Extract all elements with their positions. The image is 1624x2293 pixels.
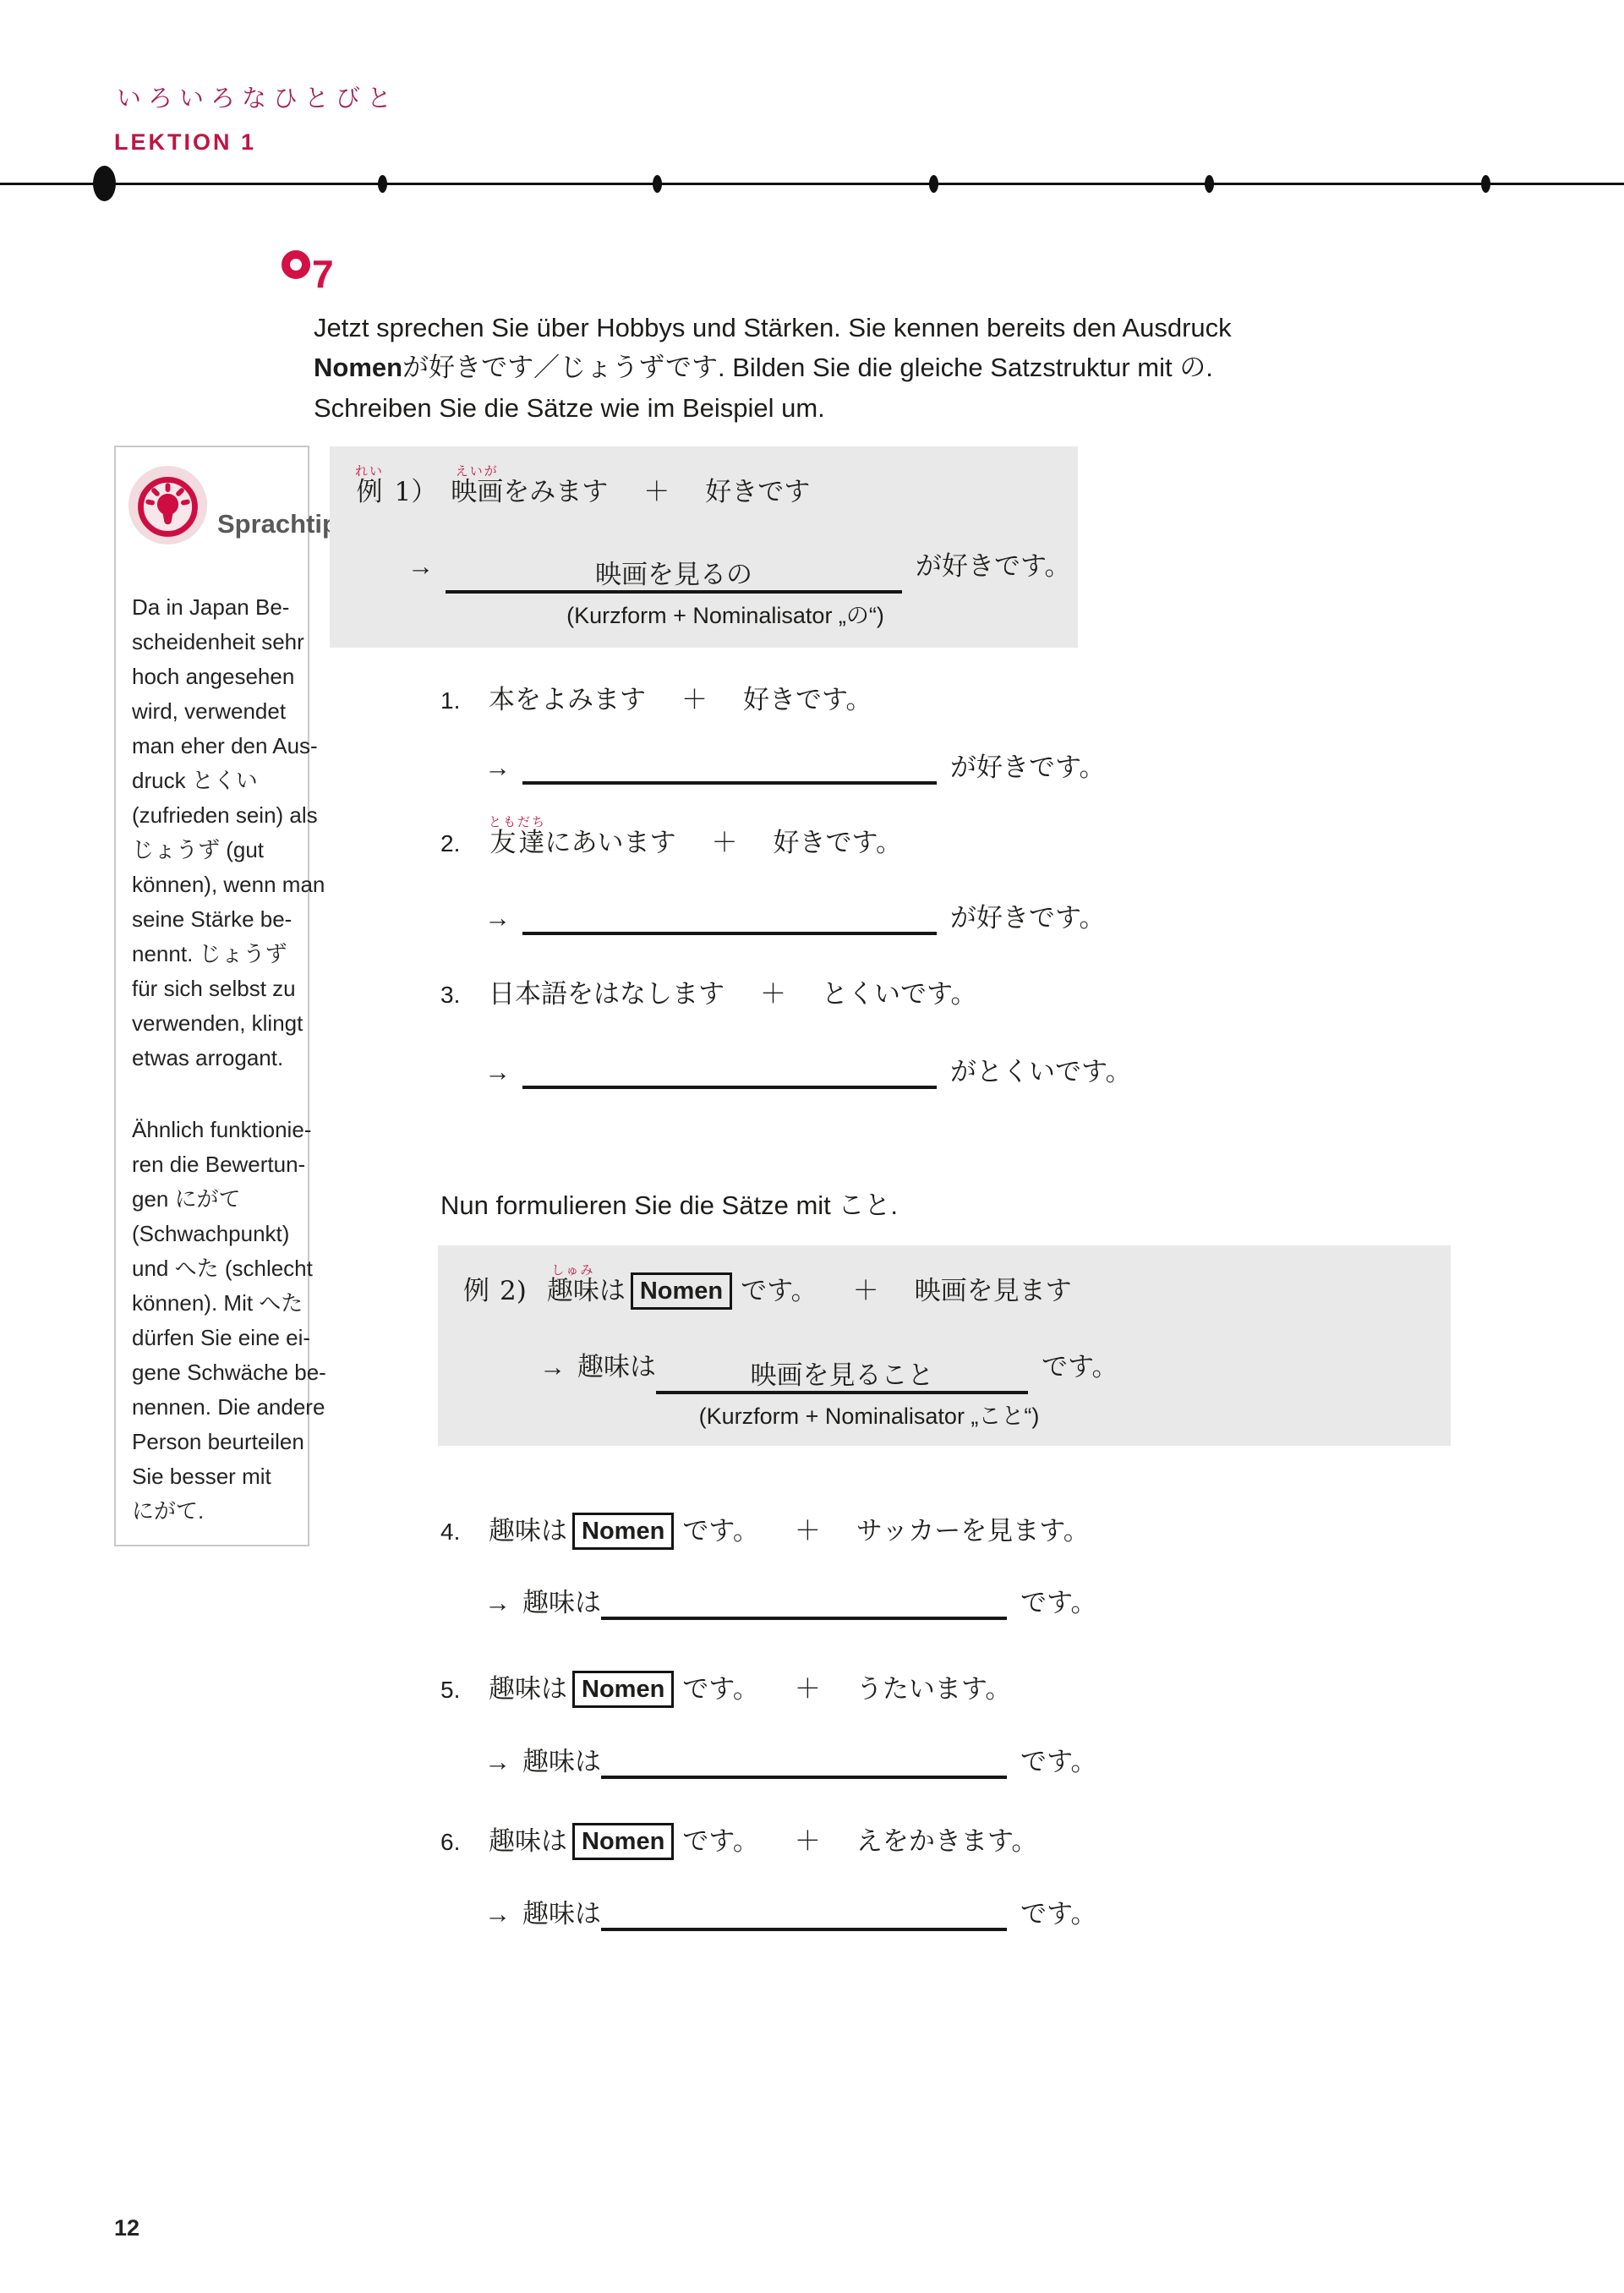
arrow-icon: → bbox=[484, 903, 511, 933]
exercise-ring-icon bbox=[282, 250, 310, 279]
plus-sign: ＋ bbox=[643, 477, 670, 507]
answer-blank bbox=[601, 1738, 1007, 1779]
tip-line: gen にがて bbox=[132, 1182, 299, 1217]
plus-sign: ＋ bbox=[712, 828, 738, 858]
page-number: 12 bbox=[114, 2215, 139, 2241]
answer-row-6: →趣味はです。 bbox=[484, 1891, 1097, 1931]
exercise-item-1: 1.本をよみます＋好きです。 bbox=[440, 678, 872, 716]
divider-dot bbox=[653, 175, 662, 193]
example2-answer: →趣味は映画を見ることです。 bbox=[539, 1345, 1118, 1394]
instruction-line: Nomenが好きです／じょうずです. Bilden Sie die gleich… bbox=[314, 348, 1232, 388]
plus-sign: ＋ bbox=[795, 1516, 821, 1546]
tip-line: gene Schwäche be- bbox=[132, 1355, 299, 1390]
divider-dot bbox=[378, 175, 387, 193]
answer-row-3: →がとくいです。 bbox=[484, 1048, 1132, 1089]
tip-line: seine Stärke be- bbox=[132, 902, 299, 937]
answer-blank bbox=[601, 1891, 1007, 1931]
lightbulb-icon bbox=[127, 464, 209, 546]
example2-caption: (Kurzform + Nominalisator „こと“) bbox=[632, 1398, 1106, 1431]
tip-line: man eher den Aus- bbox=[132, 729, 299, 763]
plus-sign: ＋ bbox=[681, 685, 708, 715]
tip-line: (Schwachpunkt) bbox=[132, 1217, 299, 1251]
arrow-icon: → bbox=[484, 1899, 511, 1929]
exercise-item-6: 6.趣味はNomenです。＋えをかきます。 bbox=[440, 1820, 1037, 1860]
furigana: れい bbox=[355, 463, 384, 479]
example2-sentence: 例2)趣味しゅみはNomenです。＋映画を見ます bbox=[463, 1262, 1072, 1310]
textbook-page: いろいろなひとびと LEKTION 1 7 Jetzt sprechen Sie… bbox=[0, 0, 1624, 2293]
tip-line: Da in Japan Be- bbox=[132, 590, 299, 625]
tip-line: nennen. Die andere bbox=[132, 1390, 299, 1425]
furigana: えいが bbox=[451, 463, 503, 479]
nomen-box: Nomen bbox=[572, 1513, 674, 1550]
example1-caption: (Kurzform + Nominalisator „の“) bbox=[489, 597, 962, 630]
nomen-box: Nomen bbox=[631, 1272, 732, 1310]
example1-sentence: 例れい1）映画えいがをみます＋好きです bbox=[355, 463, 810, 508]
item-number: 6. bbox=[440, 1829, 489, 1856]
tip-line: scheidenheit sehr bbox=[132, 625, 299, 659]
example-box-1: 例れい1）映画えいがをみます＋好きです →映画を見るのが好きです。 (Kurzf… bbox=[330, 446, 1078, 648]
divider-line bbox=[0, 183, 1624, 185]
item-number: 3. bbox=[440, 982, 489, 1009]
exercise-instructions: Jetzt sprechen Sie über Hobbys und Stärk… bbox=[314, 308, 1232, 428]
divider-dot bbox=[1481, 175, 1490, 193]
item-number: 2. bbox=[440, 830, 489, 857]
exercise-item-2: 2.友達ともだちにあいます＋好きです。 bbox=[440, 814, 902, 859]
tip-line: Ähnlich funktionie- bbox=[132, 1113, 299, 1147]
plus-sign: ＋ bbox=[795, 1826, 821, 1857]
answer-row-4: →趣味はです。 bbox=[484, 1579, 1097, 1620]
lesson-label: LEKTION 1 bbox=[114, 129, 256, 156]
nomen-box: Nomen bbox=[572, 1823, 674, 1860]
answer-row-1: →が好きです。 bbox=[484, 744, 1106, 785]
example-box-2: 例2)趣味しゅみはNomenです。＋映画を見ます →趣味は映画を見ることです。 … bbox=[438, 1245, 1451, 1446]
tip-line: dürfen Sie eine ei- bbox=[132, 1321, 299, 1355]
arrow-icon: → bbox=[407, 551, 434, 581]
exercise-number: 7 bbox=[312, 251, 334, 297]
arrow-icon: → bbox=[484, 752, 511, 782]
furigana: しゅみ bbox=[547, 1262, 599, 1278]
tip-line: じょうず (gut bbox=[132, 833, 299, 867]
arrow-icon: → bbox=[484, 1057, 511, 1086]
answer-blank: 映画を見ること bbox=[656, 1354, 1028, 1394]
arrow-icon: → bbox=[484, 1588, 511, 1617]
answer-blank bbox=[522, 895, 937, 935]
divider-dot-large bbox=[93, 166, 116, 201]
answer-blank bbox=[522, 744, 937, 785]
tip-line: nennt. じょうず bbox=[132, 937, 299, 971]
tip-line: etwas arrogant. bbox=[132, 1041, 299, 1075]
instruction-line: Jetzt sprechen Sie über Hobbys und Stärk… bbox=[314, 308, 1232, 348]
tip-line: hoch angesehen bbox=[132, 659, 299, 694]
tip-line: und へた (schlecht bbox=[132, 1251, 299, 1286]
divider-dot bbox=[1205, 175, 1214, 193]
exercise-item-4: 4.趣味はNomenです。＋サッカーを見ます。 bbox=[440, 1509, 1090, 1550]
answer-blank bbox=[601, 1579, 1007, 1620]
plus-sign: ＋ bbox=[760, 979, 786, 1010]
tip-line: ren die Bewertun- bbox=[132, 1147, 299, 1182]
instruction-line: Schreiben Sie die Sätze wie im Beispiel … bbox=[314, 388, 1232, 428]
sprachtipp-header: Sprachtipp bbox=[116, 447, 308, 546]
tip-line: にがて. bbox=[132, 1494, 299, 1529]
koto-intro-line: Nun formulieren Sie die Sätze mit こと. bbox=[440, 1184, 898, 1222]
item-number: 5. bbox=[440, 1677, 489, 1704]
tip-line: druck とくい bbox=[132, 763, 299, 798]
tip-line: Person beurteilen bbox=[132, 1425, 299, 1459]
plus-sign: ＋ bbox=[795, 1674, 821, 1705]
answer-row-2: →が好きです。 bbox=[484, 895, 1106, 935]
nomen-bold: Nomen bbox=[314, 353, 402, 382]
item-number: 1. bbox=[440, 687, 489, 714]
tip-line: können). Mit へた bbox=[132, 1286, 299, 1321]
answer-blank: 映画を見るの bbox=[446, 553, 902, 594]
tip-line: können), wenn man bbox=[132, 867, 299, 902]
tip-line: Sie besser mit bbox=[132, 1459, 299, 1494]
arrow-icon: → bbox=[539, 1352, 566, 1382]
sprachtipp-text: Da in Japan Be- scheidenheit sehr hoch a… bbox=[116, 590, 308, 1529]
page-kicker: いろいろなひとびと bbox=[117, 79, 398, 114]
tip-line: wird, verwendet bbox=[132, 694, 299, 729]
nomen-box: Nomen bbox=[572, 1671, 674, 1708]
furigana: ともだち bbox=[489, 814, 546, 829]
plus-sign: ＋ bbox=[853, 1276, 879, 1306]
example1-answer: →映画を見るのが好きです。 bbox=[407, 545, 1071, 594]
answer-row-5: →趣味はです。 bbox=[484, 1738, 1097, 1779]
sprachtipp-box: Sprachtipp Da in Japan Be- scheidenheit … bbox=[114, 446, 309, 1546]
arrow-icon: → bbox=[484, 1747, 511, 1776]
divider-dot bbox=[929, 175, 938, 193]
answer-blank bbox=[522, 1048, 937, 1089]
item-number: 4. bbox=[440, 1519, 489, 1546]
tip-line: (zufrieden sein) als bbox=[132, 798, 299, 833]
tip-line: für sich selbst zu bbox=[132, 971, 299, 1006]
exercise-item-3: 3.日本語をはなします＋とくいです。 bbox=[440, 972, 977, 1010]
exercise-item-5: 5.趣味はNomenです。＋うたいます。 bbox=[440, 1667, 1011, 1708]
paragraph-gap bbox=[132, 1075, 299, 1113]
tip-line: verwenden, klingt bbox=[132, 1006, 299, 1041]
